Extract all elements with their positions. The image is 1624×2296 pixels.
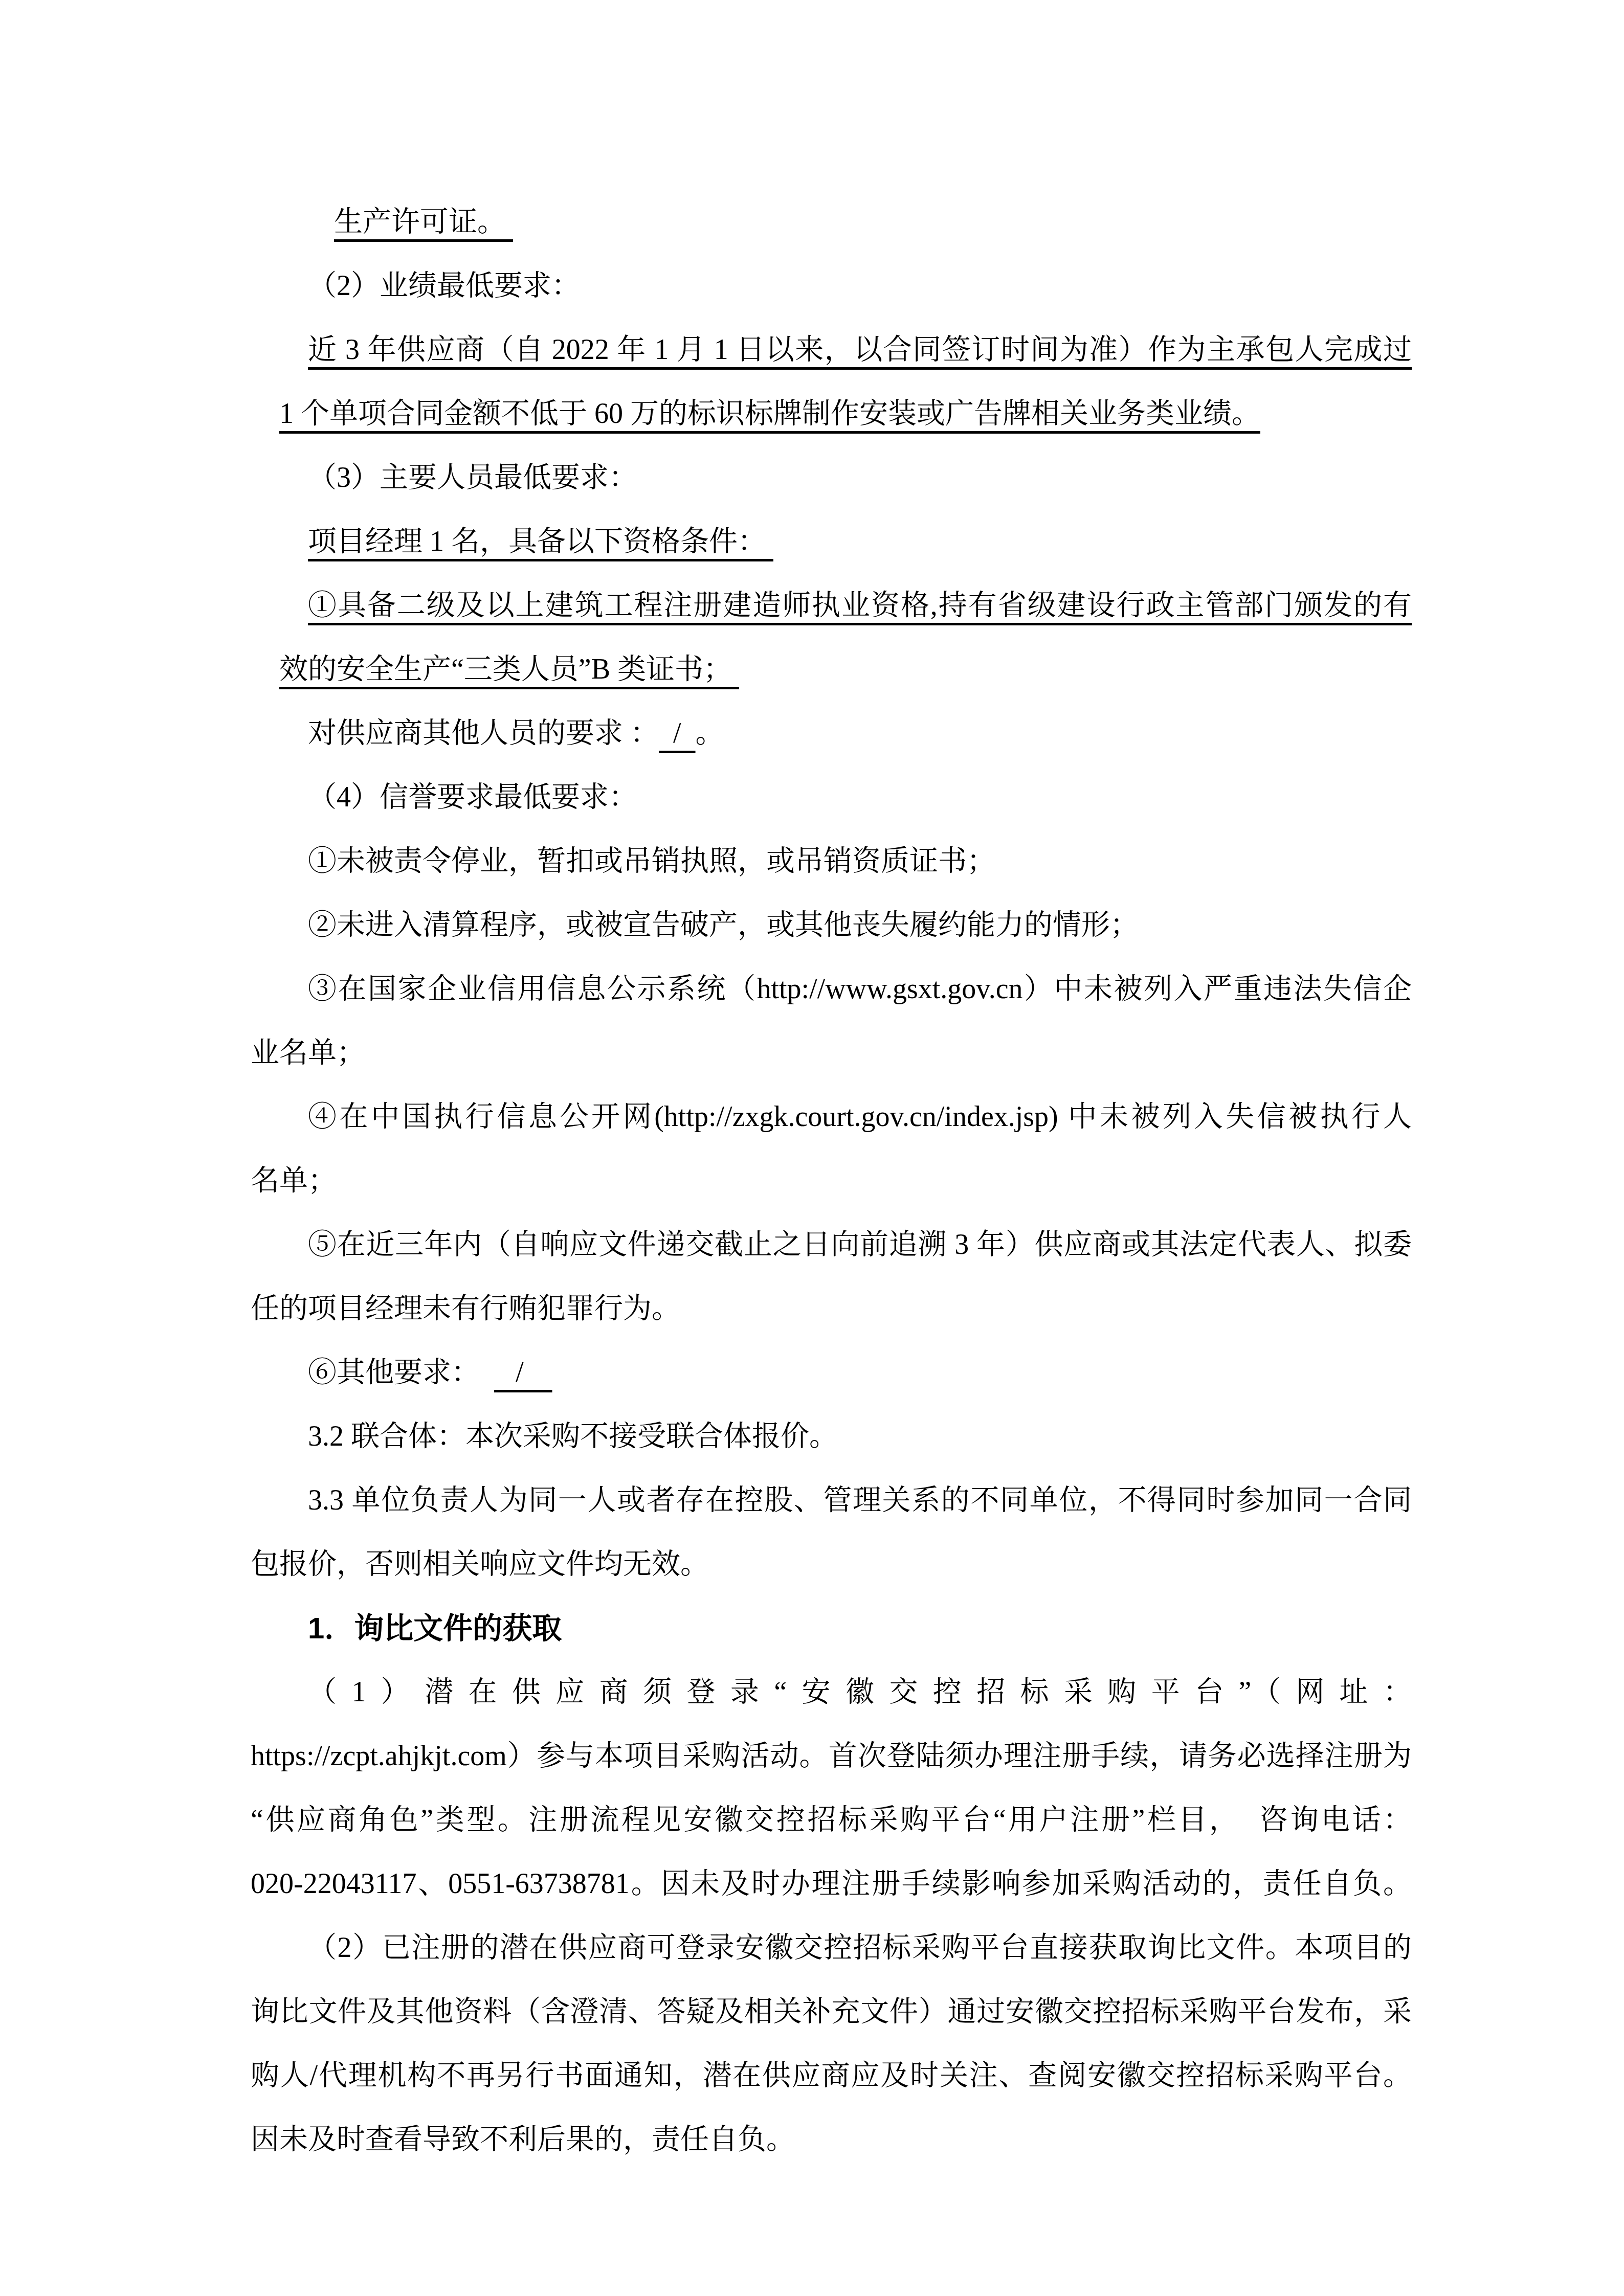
text-segment: 3.2 联合体：本次采购不接受联合体报价。: [308, 1421, 838, 1452]
acquisition-para-2-line-2: 询比文件及其他资料（含澄清、答疑及相关补充文件）通过安徽交控招标采购平台发布，采: [251, 1980, 1412, 2044]
acquisition-para-1-line-1: （1）潜在供应商须登录“安徽交控招标采购平台”（网址：: [251, 1660, 1412, 1724]
acquisition-para-1-line-2: https://zcpt.ahjkjt.com）参与本项目采购活动。首次登陆须办…: [251, 1724, 1412, 1788]
acquisition-para-1-line-4: 020-22043117、0551-63738781。因未及时办理注册手续影响参…: [251, 1852, 1412, 1916]
underlined-text-segment: 效的安全生产“三类人员”B 类证书；: [279, 654, 739, 685]
underlined-text-segment: 项目经理 1 名，具备以下资格条件：: [308, 526, 773, 557]
clause-3-3-line-1: 3.3 单位负责人为同一人或者存在控股、管理关系的不同单位，不得同时参加同一合同: [251, 1469, 1412, 1533]
item-4-credit-heading: （4）信誉要求最低要求：: [251, 766, 1412, 829]
underlined-text-segment: /: [659, 717, 696, 749]
qualification-line-2: 效的安全生产“三类人员”B 类证书；: [251, 638, 1412, 702]
document-body: 生产许可证。 （2）业绩最低要求：近 3 年供应商（自 2022 年 1 月 1…: [251, 190, 1412, 2172]
performance-requirement-line-1: 近 3 年供应商（自 2022 年 1 月 1 日以来，以合同签订时间为准）作为…: [251, 318, 1412, 382]
text-segment: （4）信誉要求最低要求：: [308, 781, 637, 813]
credit-item-6-other: ⑥其他要求： /: [251, 1341, 1412, 1405]
text-segment: ⑥其他要求：: [308, 1357, 494, 1388]
underlined-text-segment: 1 个单项合同金额不低于 60 万的标识标牌制作安装或广告牌相关业务类业绩。: [279, 398, 1260, 430]
project-manager-requirement: 项目经理 1 名，具备以下资格条件：: [251, 510, 1412, 574]
text-segment: 购人/代理机构不再另行书面通知，潜在供应商应及时关注、查阅安徽交控招标采购平台。: [251, 2060, 1412, 2091]
credit-item-5-line-1: ⑤在近三年内（自响应文件递交截止之日向前追溯 3 年）供应商或其法定代表人、拟委: [251, 1213, 1412, 1277]
other-personnel-requirement: 对供应商其他人员的要求 ： / 。: [251, 702, 1412, 766]
text-segment: （2）业绩最低要求：: [308, 270, 580, 302]
credit-item-3-line-1: ③在国家企业信用信息公示系统（http://www.gsxt.gov.cn）中未…: [251, 957, 1412, 1021]
qualification-line-1: ①具备二级及以上建筑工程注册建造师执业资格,持有省级建设行政主管部门颁发的有: [251, 574, 1412, 638]
underlined-text-segment: ①具备二级及以上建筑工程注册建造师执业资格,持有省级建设行政主管部门颁发的有: [308, 590, 1412, 621]
section-1-heading: 1．询比文件的获取: [251, 1596, 1412, 1660]
underlined-text-segment: 生产许可证。: [334, 206, 513, 238]
text-segment: 3.3 单位负责人为同一人或者存在控股、管理关系的不同单位，不得同时参加同一合同: [308, 1484, 1412, 1516]
text-segment: ②未进入清算程序，或被宣告破产，或其他丧失履约能力的情形；: [308, 909, 1139, 941]
acquisition-para-2-line-3: 购人/代理机构不再另行书面通知，潜在供应商应及时关注、查阅安徽交控招标采购平台。: [251, 2044, 1412, 2108]
item-2-performance-heading: （2）业绩最低要求：: [251, 254, 1412, 318]
text-segment: （2）已注册的潜在供应商可登录安徽交控招标采购平台直接获取询比文件。本项目的: [308, 1932, 1412, 1964]
text-segment: 。: [696, 717, 724, 749]
credit-item-2: ②未进入清算程序，或被宣告破产，或其他丧失履约能力的情形；: [251, 893, 1412, 957]
performance-requirement-line-2: 1 个单项合同金额不低于 60 万的标识标牌制作安装或广告牌相关业务类业绩。: [251, 382, 1412, 446]
credit-item-5-line-2: 任的项目经理未有行贿犯罪行为。: [251, 1277, 1412, 1341]
text-segment: 因未及时查看导致不利后果的，责任自负。: [251, 2124, 795, 2155]
underlined-text-segment: /: [494, 1357, 552, 1388]
text-segment: 包报价，否则相关响应文件均无效。: [251, 1548, 709, 1580]
text-segment: “供应商角色”类型。注册流程见安徽交控招标采购平台“用户注册”栏目， 咨询电话：: [251, 1804, 1412, 1836]
text-segment: 020-22043117、0551-63738781。因未及时办理注册手续影响参…: [251, 1868, 1412, 1900]
text-segment: 1．询比文件的获取: [308, 1612, 562, 1645]
credit-item-3-line-2: 业名单；: [251, 1021, 1412, 1085]
credit-item-4-line-1: ④在中国执行信息公开网(http://zxgk.court.gov.cn/ind…: [251, 1085, 1412, 1149]
text-segment: 询比文件及其他资料（含澄清、答疑及相关补充文件）通过安徽交控招标采购平台发布，采: [251, 1996, 1412, 2028]
underlined-text-segment: 近 3 年供应商（自 2022 年 1 月 1 日以来，以合同签订时间为准）作为…: [308, 334, 1412, 366]
license-continuation-line: 生产许可证。: [251, 190, 1412, 254]
text-segment: ⑤在近三年内（自响应文件递交截止之日向前追溯 3 年）供应商或其法定代表人、拟委: [308, 1229, 1412, 1260]
credit-item-4-line-2: 名单；: [251, 1149, 1412, 1213]
text-segment: ①未被责令停业，暂扣或吊销执照，或吊销资质证书；: [308, 845, 995, 877]
text-segment: https://zcpt.ahjkjt.com）参与本项目采购活动。首次登陆须办…: [251, 1740, 1412, 1772]
item-3-personnel-heading: （3）主要人员最低要求：: [251, 446, 1412, 510]
document-page: 生产许可证。 （2）业绩最低要求：近 3 年供应商（自 2022 年 1 月 1…: [0, 0, 1624, 2296]
text-segment: （3）主要人员最低要求：: [308, 462, 637, 493]
acquisition-para-1-line-3: “供应商角色”类型。注册流程见安徽交控招标采购平台“用户注册”栏目， 咨询电话：: [251, 1788, 1412, 1852]
text-segment: ③在国家企业信用信息公示系统（http://www.gsxt.gov.cn）中未…: [308, 973, 1412, 1005]
text-segment: ④在中国执行信息公开网(http://zxgk.court.gov.cn/ind…: [308, 1101, 1412, 1133]
text-segment: 任的项目经理未有行贿犯罪行为。: [251, 1293, 680, 1324]
text-segment: 对供应商其他人员的要求 ：: [308, 717, 659, 749]
text-segment: （1）潜在供应商须登录“安徽交控招标采购平台”（网址：: [308, 1676, 1412, 1708]
text-segment: 名单；: [251, 1165, 337, 1197]
clause-3-3-line-2: 包报价，否则相关响应文件均无效。: [251, 1533, 1412, 1596]
acquisition-para-2-line-1: （2）已注册的潜在供应商可登录安徽交控招标采购平台直接获取询比文件。本项目的: [251, 1916, 1412, 1980]
credit-item-1: ①未被责令停业，暂扣或吊销执照，或吊销资质证书；: [251, 829, 1412, 893]
text-segment: 业名单；: [251, 1037, 365, 1069]
clause-3-2-consortium: 3.2 联合体：本次采购不接受联合体报价。: [251, 1405, 1412, 1469]
acquisition-para-2-line-4: 因未及时查看导致不利后果的，责任自负。: [251, 2108, 1412, 2172]
